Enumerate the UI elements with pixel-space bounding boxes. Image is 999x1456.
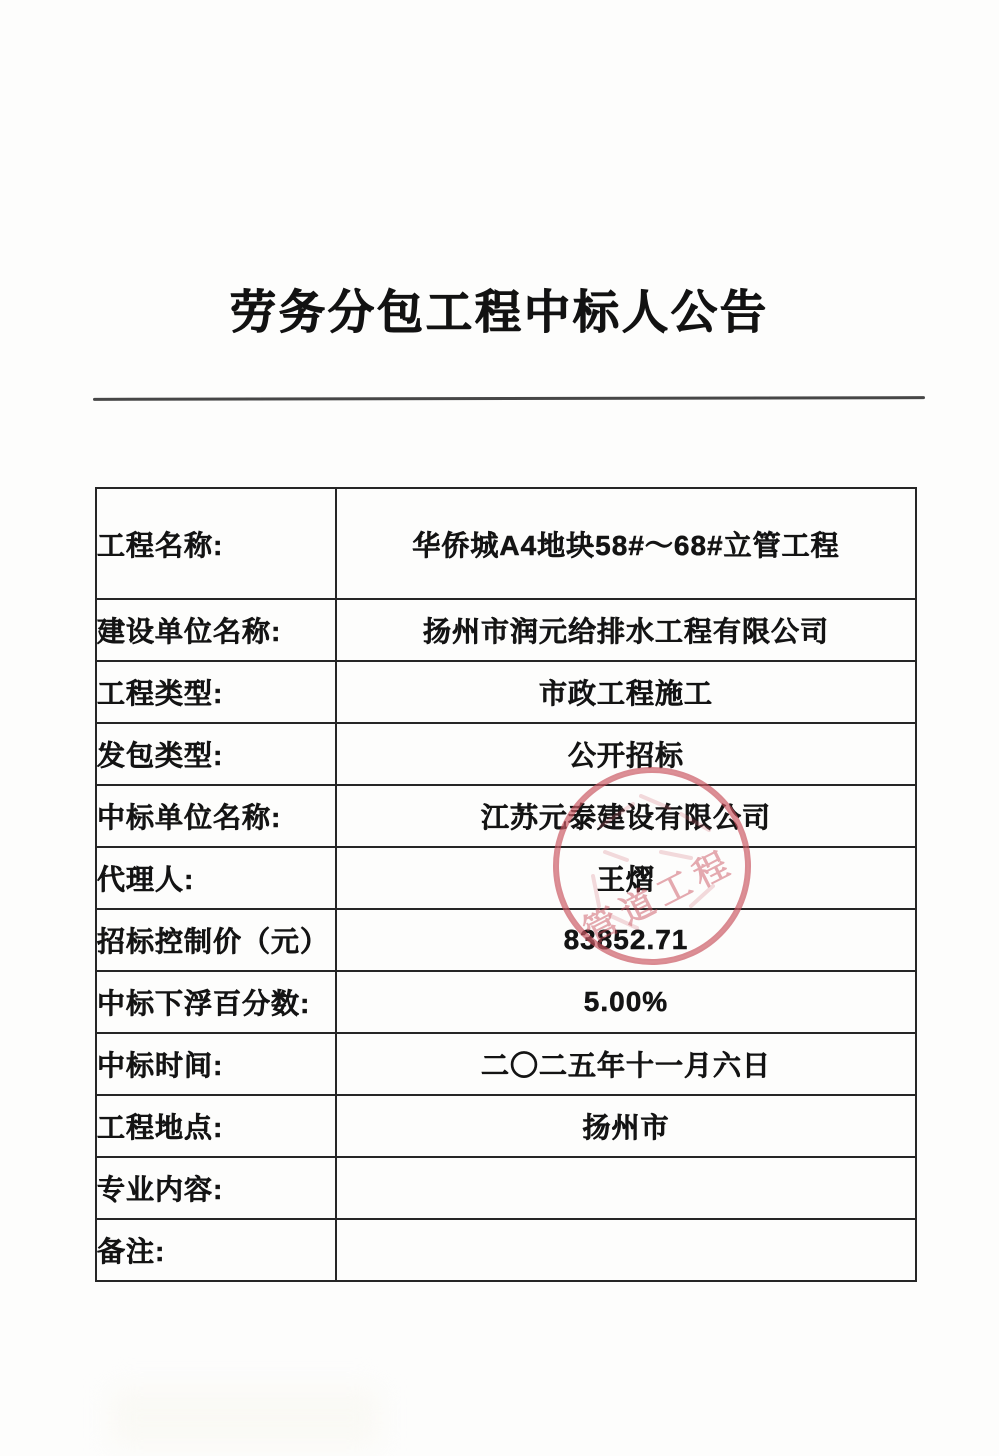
row-value — [336, 1219, 916, 1281]
row-label: 代理人: — [96, 847, 336, 909]
row-label: 备注: — [96, 1219, 336, 1281]
row-value: 83852.71 — [336, 909, 916, 971]
row-value: 5.00% — [336, 971, 916, 1033]
row-label: 中标单位名称: — [96, 785, 336, 847]
table-row: 专业内容: — [96, 1157, 916, 1219]
row-value: 华侨城A4地块58#～68#立管工程 — [336, 488, 916, 599]
table-row: 工程类型: 市政工程施工 — [96, 661, 916, 723]
row-label: 工程类型: — [96, 661, 336, 723]
row-value: 市政工程施工 — [336, 661, 916, 723]
row-value: 江苏元泰建设有限公司 — [336, 785, 916, 847]
row-label: 中标下浮百分数: — [96, 971, 336, 1033]
table-row: 中标下浮百分数: 5.00% — [96, 971, 916, 1033]
table-row: 代理人: 王熠 — [96, 847, 916, 909]
table-row: 工程名称: 华侨城A4地块58#～68#立管工程 — [96, 488, 916, 599]
row-label: 发包类型: — [96, 723, 336, 785]
table-row: 招标控制价（元） 83852.71 — [96, 909, 916, 971]
row-label: 工程地点: — [96, 1095, 336, 1157]
table-row: 工程地点: 扬州市 — [96, 1095, 916, 1157]
row-value: 王熠 — [336, 847, 916, 909]
table-row: 发包类型: 公开招标 — [96, 723, 916, 785]
table-row: 中标时间: 二〇二五年十一月六日 — [96, 1033, 916, 1095]
row-value: 二〇二五年十一月六日 — [336, 1033, 916, 1095]
page-title: 劳务分包工程中标人公告 — [0, 276, 999, 342]
table-row: 中标单位名称: 江苏元泰建设有限公司 — [96, 785, 916, 847]
row-value — [336, 1157, 916, 1219]
table-row: 建设单位名称: 扬州市润元给排水工程有限公司 — [96, 599, 916, 661]
row-value: 公开招标 — [336, 723, 916, 785]
table-row: 备注: — [96, 1219, 916, 1281]
row-label: 工程名称: — [96, 488, 336, 599]
row-label: 招标控制价（元） — [96, 909, 336, 971]
row-value: 扬州市 — [336, 1095, 916, 1157]
scan-artifact — [110, 1388, 380, 1448]
announcement-table: 工程名称: 华侨城A4地块58#～68#立管工程 建设单位名称: 扬州市润元给排… — [95, 487, 917, 1282]
title-divider-rule — [93, 396, 925, 401]
row-label: 中标时间: — [96, 1033, 336, 1095]
scanned-announcement-page: 劳务分包工程中标人公告 工程名称: 华侨城A4地块58#～68#立管工程 建设单… — [0, 0, 999, 1456]
row-label: 专业内容: — [96, 1157, 336, 1219]
row-value: 扬州市润元给排水工程有限公司 — [336, 599, 916, 661]
row-label: 建设单位名称: — [96, 599, 336, 661]
